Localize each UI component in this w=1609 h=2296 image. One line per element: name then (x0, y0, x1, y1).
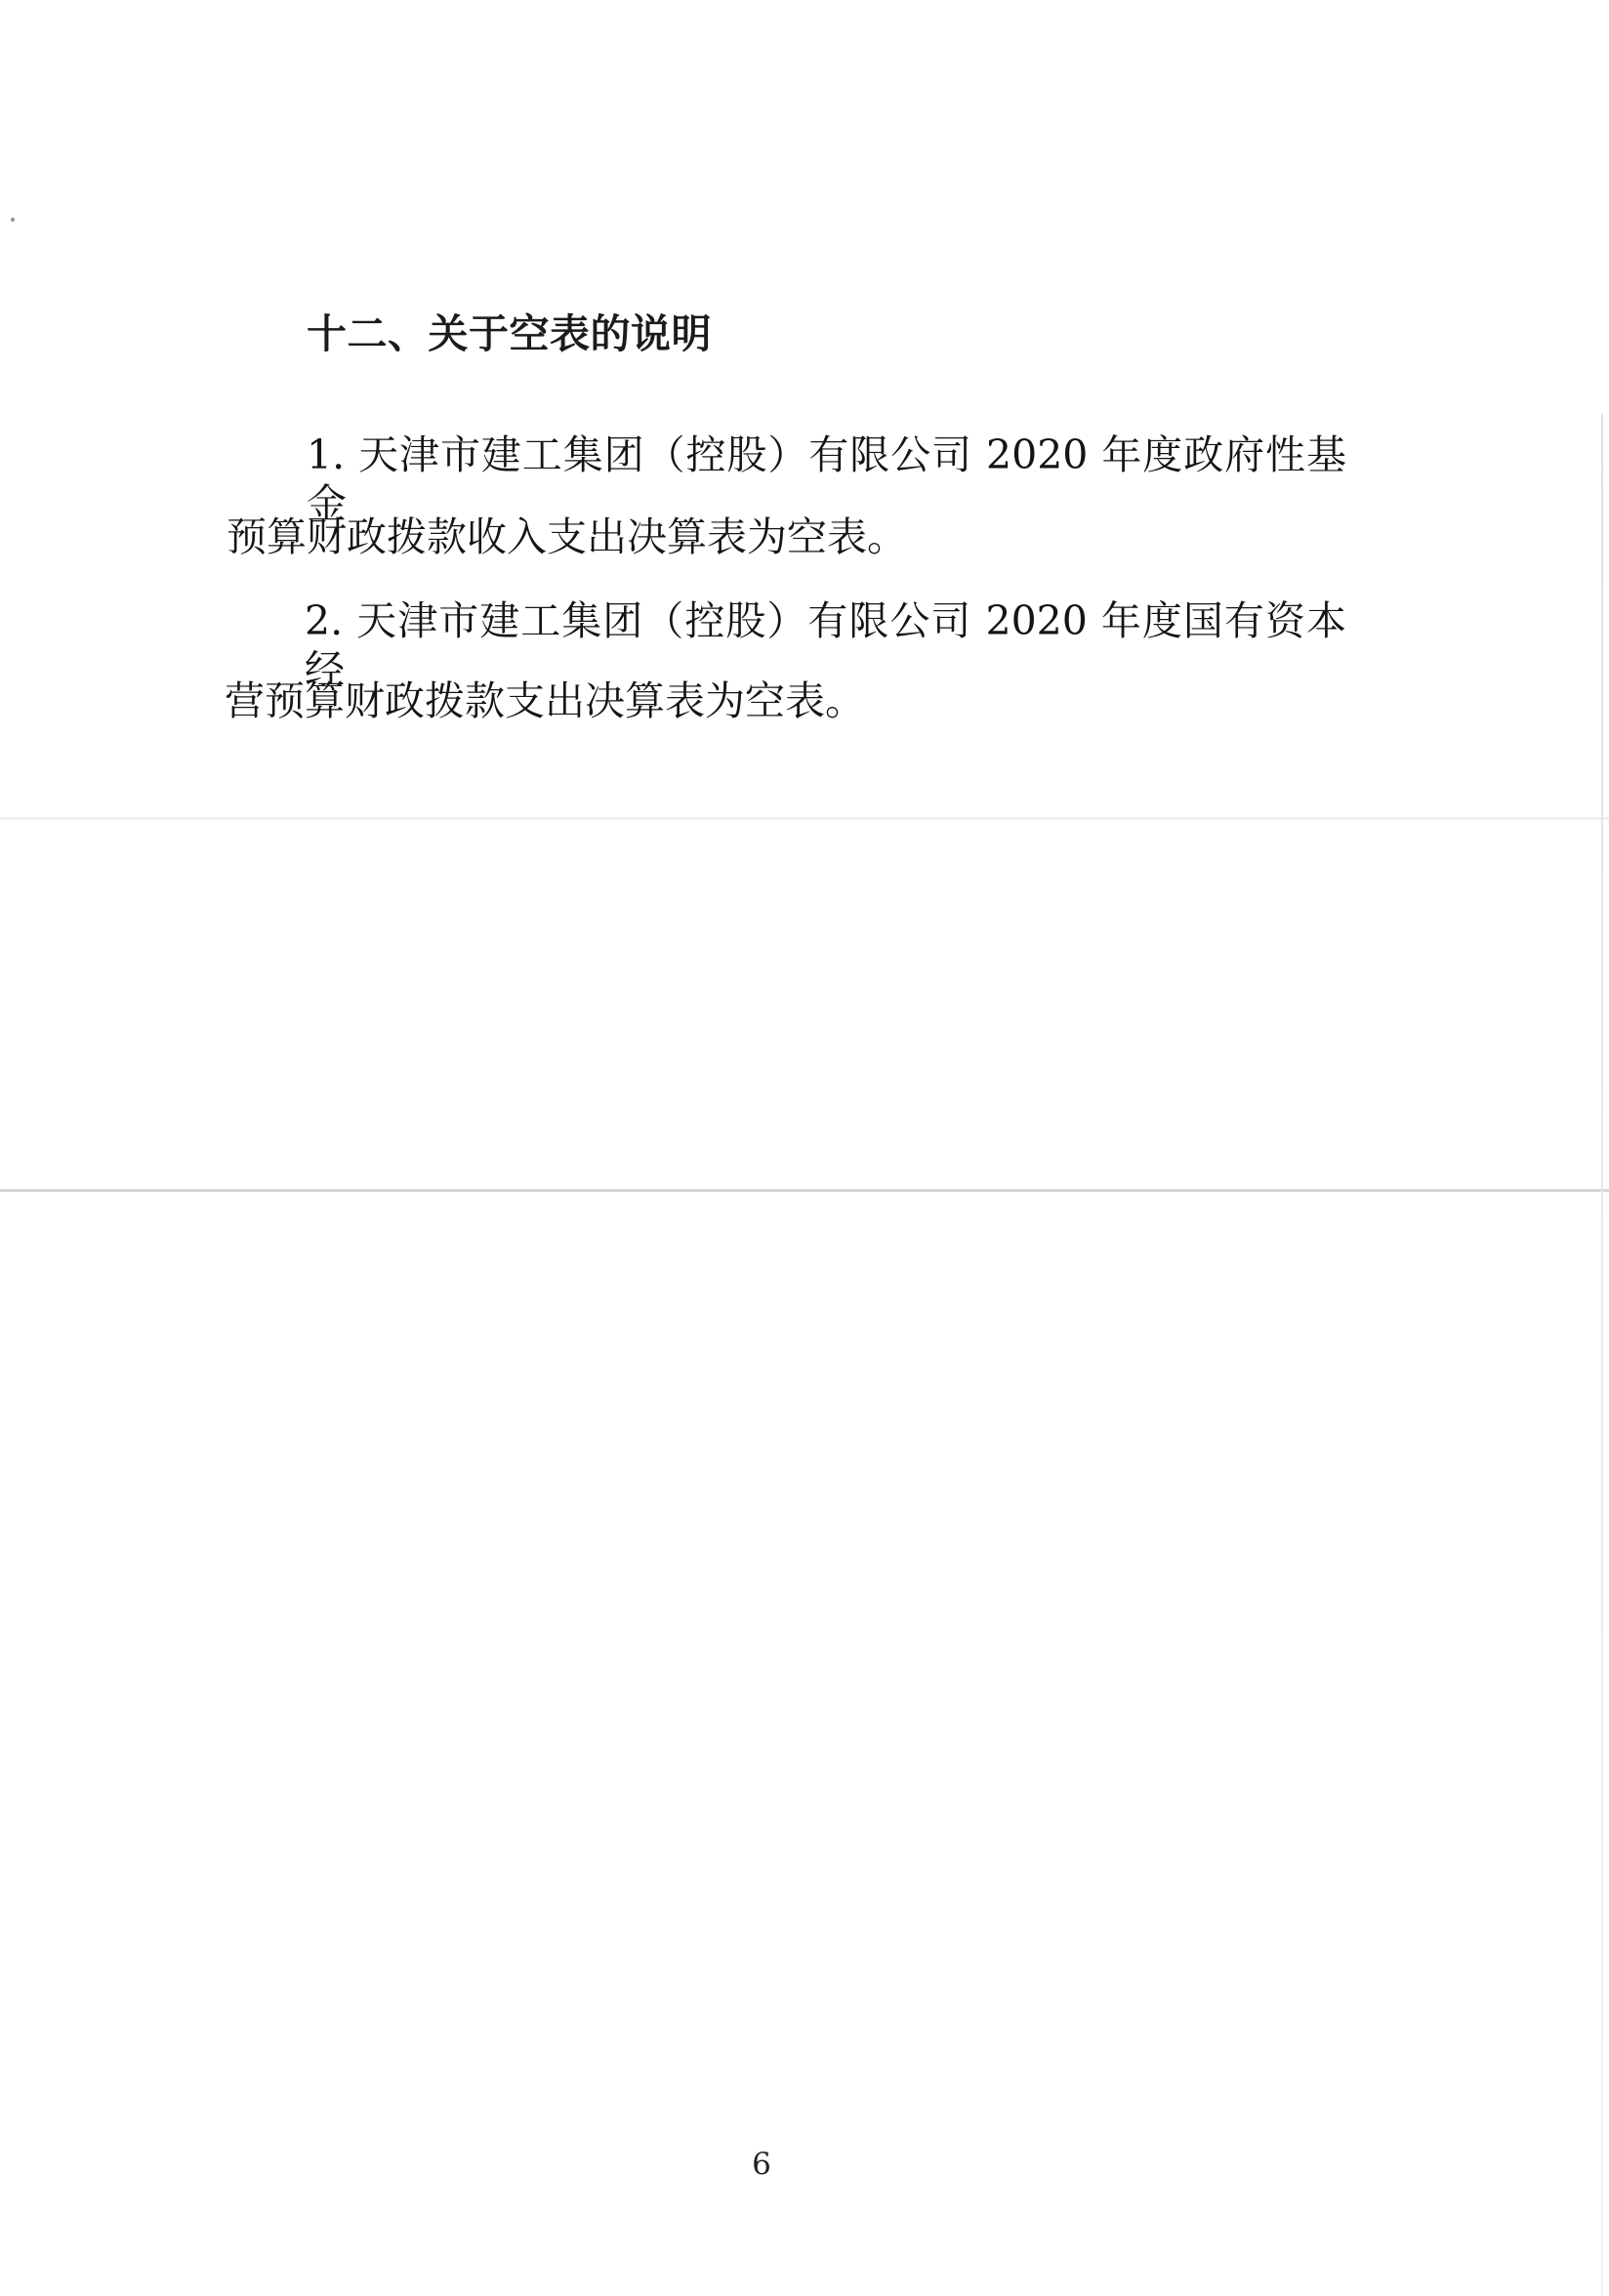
page-number: 6 (738, 2146, 785, 2183)
page-right-edge-line (1601, 414, 1603, 2296)
divider-line-lower (0, 1189, 1609, 1192)
divider-line-upper (0, 817, 1609, 820)
section-heading: 十二、关于空表的说明 (307, 310, 712, 358)
scan-speck-artifact (11, 218, 15, 222)
paragraph-2-line-2: 营预算财政拨款支出决算表为空表。 (225, 676, 865, 725)
paragraph-1-line-2: 预算财政拨款收入支出决算表为空表。 (227, 512, 907, 561)
document-page: 十二、关于空表的说明 1. 天津市建工集团（控股）有限公司 2020 年度政府性… (0, 0, 1609, 2296)
